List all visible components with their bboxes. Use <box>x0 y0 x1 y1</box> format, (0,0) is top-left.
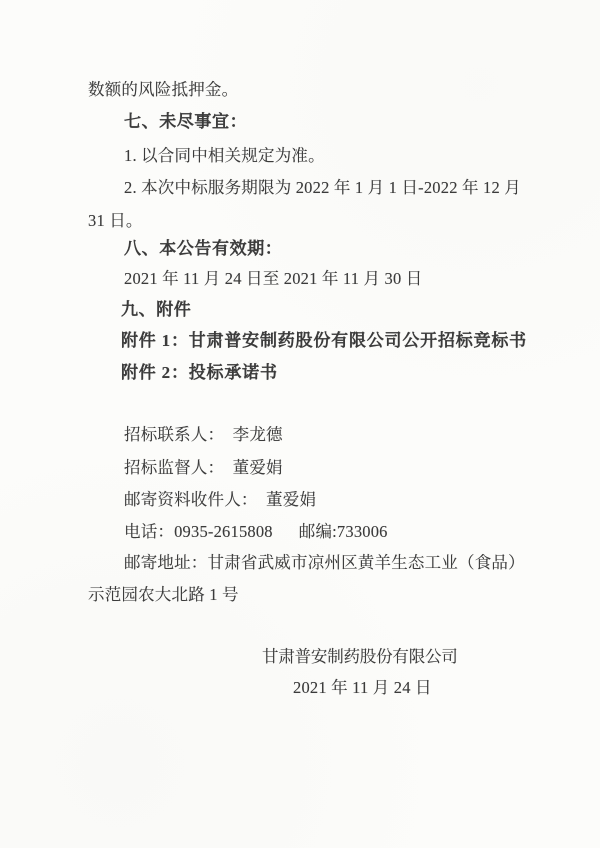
list-item-2-continuation: 31 日。 <box>88 210 143 232</box>
attachment-1-bid-document: 附件 1：甘肃普安制药股份有限公司公开招标竞标书 <box>121 330 527 352</box>
phone-number-text: 电话：0935-2615808 <box>124 522 273 541</box>
heading-section-7-outstanding-matters: 七、未尽事宜： <box>124 111 247 133</box>
contact-person-line: 招标联系人： 李龙德 <box>124 424 283 446</box>
validity-date-range: 2021 年 11 月 24 日至 2021 年 11 月 30 日 <box>124 268 422 290</box>
list-item-2-service-period: 2. 本次中标服务期限为 2022 年 1 月 1 日-2022 年 12 月 <box>124 177 521 199</box>
heading-section-8-validity-period: 八、本公告有效期： <box>124 238 282 260</box>
scanned-document-page: 数额的风险抵押金。 七、未尽事宜： 1. 以合同中相关规定为准。 2. 本次中标… <box>0 0 600 848</box>
paragraph-risk-deposit-continuation: 数额的风险抵押金。 <box>88 79 238 101</box>
supervisor-person-line: 招标监督人： 董爱娟 <box>124 457 283 479</box>
signature-date: 2021 年 11 月 24 日 <box>293 677 432 699</box>
attachment-2-commitment-letter: 附件 2：投标承诺书 <box>121 362 278 384</box>
signature-company-name: 甘肃普安制药股份有限公司 <box>262 646 458 668</box>
mail-recipient-line: 邮寄资料收件人： 董爱娟 <box>124 489 316 511</box>
heading-section-9-attachments: 九、附件 <box>121 299 191 321</box>
mail-address-line: 邮寄地址：甘肃省武威市凉州区黄羊生态工业（食品） <box>124 552 525 574</box>
postal-code-text: 邮编:733006 <box>299 521 388 543</box>
list-item-1-contract-terms: 1. 以合同中相关规定为准。 <box>124 145 325 167</box>
mail-address-continuation: 示范园农大北路 1 号 <box>88 584 239 606</box>
phone-postal-line: 电话：0935-2615808邮编:733006 <box>124 521 388 543</box>
